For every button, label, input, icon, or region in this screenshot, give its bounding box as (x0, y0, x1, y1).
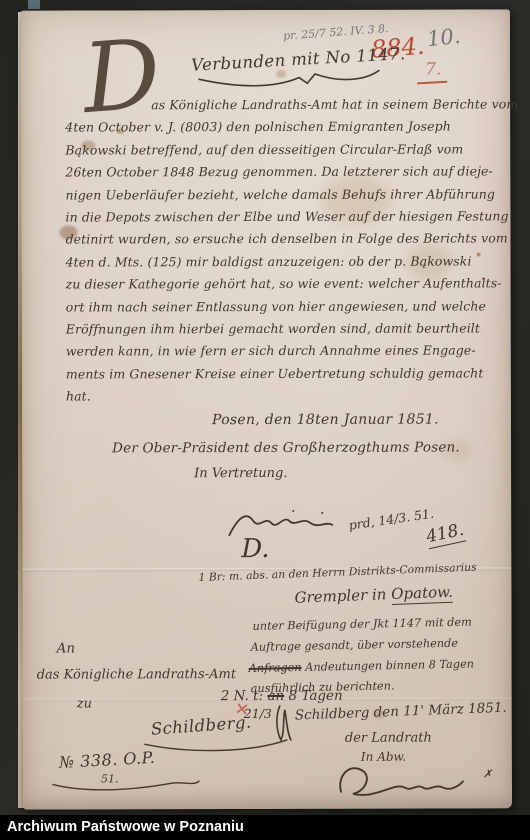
body-line: in die Depots zwischen der Elbe und Wese… (65, 205, 505, 229)
scan-background: pr. 25/7 52. IV. 3 8. 884. 10. 7. Verbun… (0, 0, 530, 840)
body-line: hat. (66, 385, 506, 409)
body-line: nigen Ueberläufer bezieht, welche damals… (65, 183, 505, 207)
body-line: ort ihm nach seiner Entlassung von hier … (66, 295, 506, 319)
file-number-flourish (51, 778, 203, 794)
body-line: zu dieser Kathegorie gehört hat, so wie … (66, 273, 506, 297)
body-line: 26ten October 1848 Bezug genommen. Da le… (65, 161, 505, 185)
note-line-3-rest: Andeutungen binnen 8 Tagen (305, 657, 474, 673)
address-an: An (57, 641, 75, 657)
ink-paraph (271, 702, 297, 744)
body-line: ments im Gnesener Kreise einer Uebertret… (66, 362, 506, 386)
sender-deputy: In Vertretung. (194, 466, 287, 481)
body-line: detinirt wurden, so ersuche ich denselbe… (66, 228, 506, 252)
note-line-1: unter Beifügung der Jkt 1147 mit dem (252, 616, 471, 633)
note-line-3: Anfragen Andeutungen binnen 8 Tagen (249, 657, 475, 675)
letter-body: as Königliche Landraths-Amt hat in seine… (65, 93, 506, 408)
corner-mark: ✗ (483, 767, 492, 780)
landrath-title: der Landrath (345, 731, 432, 746)
recipient-name: Grempler in (294, 585, 387, 606)
dateline: Posen, den 18ten Januar 1851. (212, 412, 439, 429)
red-underline (417, 81, 447, 85)
struck-word: Anfragen (249, 661, 302, 675)
body-line: as Königliche Landraths-Amt hat in seine… (65, 93, 505, 117)
sender-office: Der Ober-Präsident des Großherzogthums P… (112, 439, 460, 456)
recipient-place: Opatow. (391, 583, 453, 605)
recipient-line: Grempler in Opatow. (294, 583, 453, 607)
body-line: 4ten October v. J. (8003) den polnischen… (65, 116, 505, 140)
body-line: Eröffnungen ihm hierbei gemacht worden s… (66, 317, 506, 341)
document-page: pr. 25/7 52. IV. 3 8. 884. 10. 7. Verbun… (21, 9, 512, 809)
address-flourish (141, 738, 291, 754)
address-zu: zu (77, 696, 92, 711)
body-line: 4ten d. Mts. (125) mir baldigst anzuzeig… (66, 250, 506, 274)
body-line: Bąkowski betreffend, auf den diesseitige… (65, 138, 505, 162)
dispatch-line: 1 Br: m. abs. an den Herrn Distrikts-Com… (198, 561, 477, 584)
red-cross-mark: ✕ (233, 699, 250, 721)
presented-date: prd, 14/3. 51. (348, 506, 435, 533)
landrath-signature (335, 761, 467, 801)
journal-number: 418. (424, 520, 466, 549)
draft-mark: D. (241, 534, 269, 564)
background-tab (28, 0, 40, 9)
archive-caption-bar: Archiwum Państwowe w Poznaniu (0, 815, 530, 840)
note-line-2: Auftrage gesandt, über vorstehende (251, 637, 459, 654)
file-number: № 338. O.P. (58, 748, 155, 772)
pencil-page-number: 10. (426, 24, 462, 51)
body-line: werden kann, in wie fern er sich durch A… (66, 340, 506, 364)
archive-caption-label: Archiwum Państwowe w Poznaniu (0, 815, 530, 840)
address-office: das Königliche Landraths-Amt (37, 667, 236, 683)
red-small-number: 7. (425, 60, 441, 80)
